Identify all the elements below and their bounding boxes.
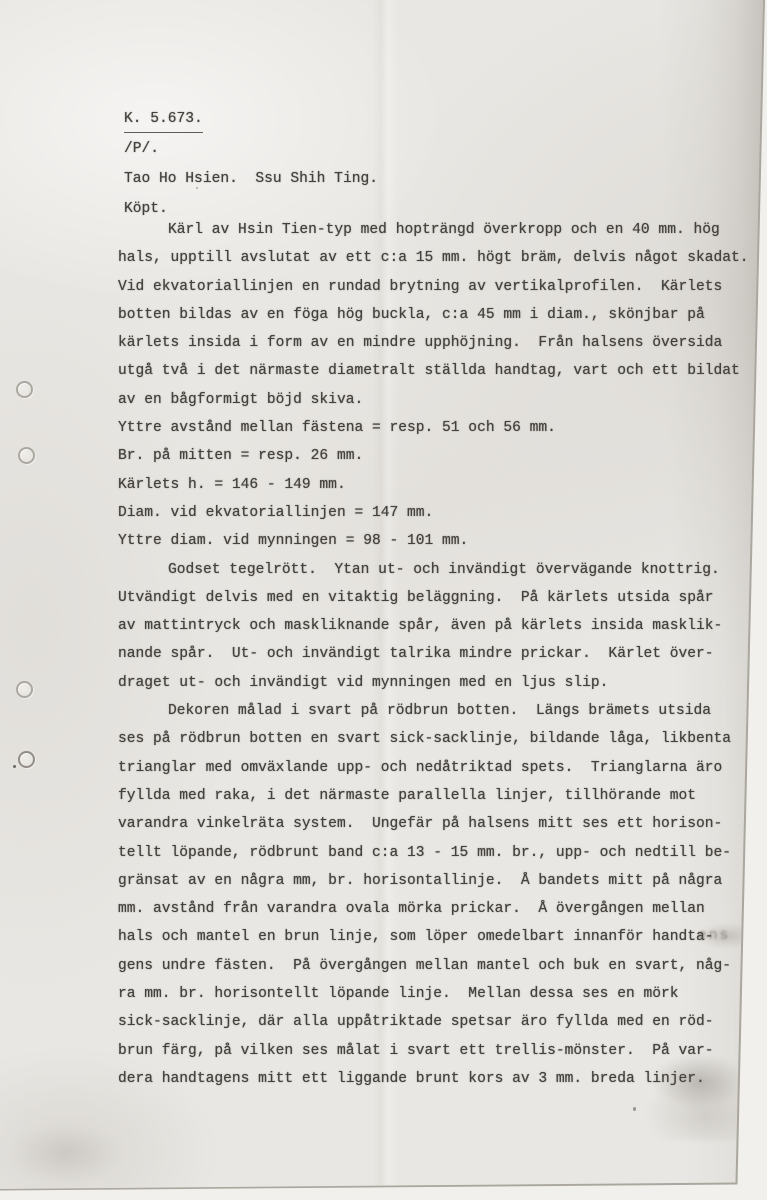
text-line: Yttre avstånd mellan fästena = resp. 51 … [118,414,763,442]
scanned-page: K. 5.673. /P/. Tao Ho Hsien. Ssu Shih Ti… [0,0,767,1200]
punch-hole [16,681,33,698]
text-line: sick-sacklinje, där alla uppåtriktade sp… [118,1008,763,1036]
corner-stain [0,1120,130,1186]
text-line: Godset tegelrött. Ytan ut- och invändigt… [118,556,763,584]
text-line: mm. avstånd från varandra ovala mörka pr… [118,895,763,923]
text-line: Utvändigt delvis med en vitaktig beläggn… [118,584,763,612]
site-line: Tao Ho Hsien. Ssu Shih Ting. [124,164,378,194]
document-body: Kärl av Hsin Tien-typ med hopträngd över… [118,216,763,1093]
paper-sheet: K. 5.673. /P/. Tao Ho Hsien. Ssu Shih Ti… [0,0,767,1200]
text-line: botten bildas av en föga hög buckla, c:a… [118,301,763,329]
text-line: Br. på mitten = resp. 26 mm. [118,442,763,470]
punch-hole [18,447,35,464]
text-line: Diam. vid ekvatoriallinjen = 147 mm. [118,499,763,527]
text-line: gens undre fästen. På övergången mellan … [118,952,763,980]
text-line: gränsat av en några mm, br. horisontalli… [118,867,763,895]
text-line: utgå två i det närmaste diametralt ställ… [118,357,763,385]
text-line: trianglar med omväxlande upp- och nedåtr… [118,754,763,782]
text-line: kärlets insida i form av en mindre upphö… [118,329,763,357]
text-line: Yttre diam. vid mynningen = 98 - 101 mm. [118,527,763,555]
mark-line: /P/. [124,134,378,164]
catalog-number: K. 5.673. [124,106,203,133]
text-line: draget ut- och invändigt vid mynningen m… [118,669,763,697]
text-line: ses på rödbrun botten en svart sick-sack… [118,725,763,753]
text-line: dera handtagens mitt ett liggande brunt … [118,1065,763,1093]
text-line: nande spår. Ut- och invändigt talrika mi… [118,640,763,668]
text-line: Kärl av Hsin Tien-typ med hopträngd över… [118,216,763,244]
document-header: K. 5.673. /P/. Tao Ho Hsien. Ssu Shih Ti… [124,104,378,224]
text-line: tellt löpande, rödbrunt band c:a 13 - 15… [118,839,763,867]
punch-hole [16,381,33,398]
text-line: fyllda med raka, i det närmaste parallel… [118,782,763,810]
catalog-number-line: K. 5.673. [124,104,378,134]
ink-speck [633,1107,636,1111]
text-line: Kärlets h. = 146 - 149 mm. [118,471,763,499]
text-line: av en bågformigt böjd skiva. [118,386,763,414]
text-line: av mattintryck och maskliknande spår, äv… [118,612,763,640]
text-line: hals och mantel en brun linje, som löper… [118,923,763,951]
text-line: brun färg, på vilken ses målat i svart e… [118,1037,763,1065]
punch-hole [18,751,35,768]
text-line: ra mm. br. horisontellt löpande linje. M… [118,980,763,1008]
text-line: Dekoren målad i svart på rödbrun botten.… [118,697,763,725]
text-line: Vid ekvatoriallinjen en rundad brytning … [118,273,763,301]
ink-speck [13,765,16,768]
text-line: varandra vinkelräta system. Ungefär på h… [118,810,763,838]
text-line: hals, upptill avslutat av ett c:a 15 mm.… [118,244,763,272]
